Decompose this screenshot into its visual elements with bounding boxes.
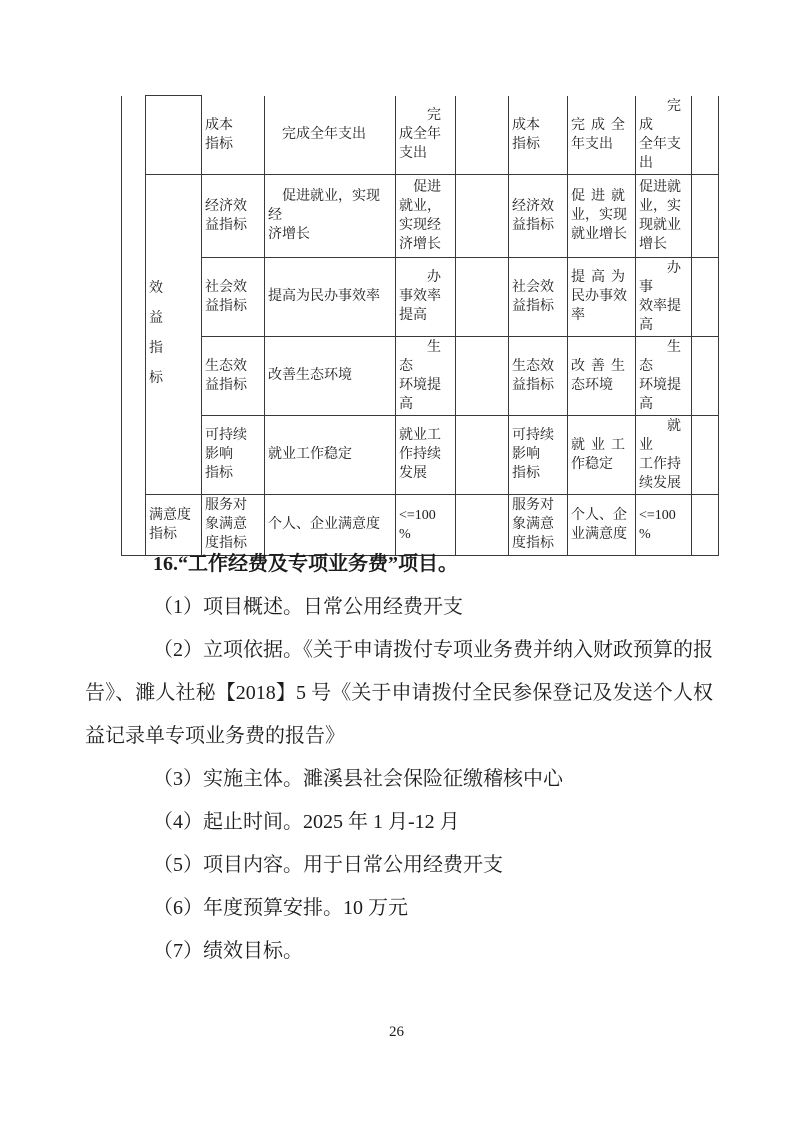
indicator-desc-cell: 促进就业，实现经 济增长 xyxy=(265,174,396,257)
paragraph-performance-goal: （7）绩效目标。 xyxy=(85,930,713,973)
indicator-name-cell: 成本 指标 xyxy=(509,96,568,175)
indicator-target-cell: 生态 环境提 高 xyxy=(396,336,456,415)
left-gutter-cell xyxy=(122,96,146,556)
spacer-cell xyxy=(456,174,509,257)
spacer-cell xyxy=(456,96,509,175)
indicator-name-cell: 可持续 影响 指标 xyxy=(509,415,568,494)
category-empty-cell xyxy=(146,96,202,175)
indicator-target-cell: 办 事效率 提高 xyxy=(396,257,456,336)
document-page: 成本 指标 完成全年支出 完 成全年 支出 成本 指标 完成全 年支出 完成 全… xyxy=(0,0,793,1122)
right-gutter-cell xyxy=(692,336,719,415)
indicator-desc-cell: 就业工 作稳定 xyxy=(568,415,636,494)
indicator-name-cell: 生态效 益指标 xyxy=(509,336,568,415)
section-title: 16.“工作经费及专项业务费”项目。 xyxy=(85,543,713,586)
indicator-desc-cell: 提高为民办事效率 xyxy=(265,257,396,336)
body-text-block: 16.“工作经费及专项业务费”项目。 （1）项目概述。日常公用经费开支 （2）立… xyxy=(85,543,713,973)
indicator-desc-cell: 完成全年支出 xyxy=(265,96,396,175)
indicator-name-cell: 成本 指标 xyxy=(202,96,265,175)
spacer-cell xyxy=(456,336,509,415)
indicator-target-cell: 促进就 业，实 现就业 增长 xyxy=(636,174,692,257)
indicator-target-cell: 完成 全年支 出 xyxy=(636,96,692,175)
right-gutter-cell xyxy=(692,96,719,175)
indicator-name-cell: 生态效 益指标 xyxy=(202,336,265,415)
right-gutter-cell xyxy=(692,415,719,494)
indicator-desc-cell: 改善生 态环境 xyxy=(568,336,636,415)
paragraph-project-overview: （1）项目概述。日常公用经费开支 xyxy=(85,586,713,629)
paragraph-project-basis: （2）立项依据。《关于申请拨付专项业务费并纳入财政预算的报告》、濉人社秘【201… xyxy=(85,629,713,758)
page-number: 26 xyxy=(0,1022,793,1042)
indicator-desc-cell: 完成全 年支出 xyxy=(568,96,636,175)
indicator-target-cell: 办事 效率提 高 xyxy=(636,257,692,336)
indicator-name-cell: 社会效 益指标 xyxy=(509,257,568,336)
paragraph-time-period: （4）起止时间。2025 年 1 月-12 月 xyxy=(85,801,713,844)
indicator-desc-cell: 就业工作稳定 xyxy=(265,415,396,494)
paragraph-annual-budget: （6）年度预算安排。10 万元 xyxy=(85,887,713,930)
right-gutter-cell xyxy=(692,257,719,336)
spacer-cell xyxy=(456,257,509,336)
indicator-name-cell: 经济效 益指标 xyxy=(509,174,568,257)
indicator-name-cell: 经济效 益指标 xyxy=(202,174,265,257)
indicator-target-cell: 就业 工作持 续发展 xyxy=(636,415,692,494)
indicator-target-cell: 促进 就业， 实现经 济增长 xyxy=(396,174,456,257)
performance-indicators-table: 成本 指标 完成全年支出 完 成全年 支出 成本 指标 完成全 年支出 完成 全… xyxy=(121,95,719,556)
right-gutter-cell xyxy=(692,174,719,257)
category-benefit-cell: 效 益 指 标 xyxy=(146,174,202,494)
indicator-target-cell: 就业工 作持续 发展 xyxy=(396,415,456,494)
indicator-desc-cell: 改善生态环境 xyxy=(265,336,396,415)
indicator-target-cell: 完 成全年 支出 xyxy=(396,96,456,175)
indicator-desc-cell: 促进就 业，实现 就业增长 xyxy=(568,174,636,257)
paragraph-implementing-body: （3）实施主体。濉溪县社会保险征缴稽核中心 xyxy=(85,758,713,801)
indicator-desc-cell: 提高为 民办事效 率 xyxy=(568,257,636,336)
indicator-target-cell: 生态 环境提 高 xyxy=(636,336,692,415)
indicator-name-cell: 可持续 影响 指标 xyxy=(202,415,265,494)
paragraph-project-content: （5）项目内容。用于日常公用经费开支 xyxy=(85,844,713,887)
spacer-cell xyxy=(456,415,509,494)
indicator-name-cell: 社会效 益指标 xyxy=(202,257,265,336)
